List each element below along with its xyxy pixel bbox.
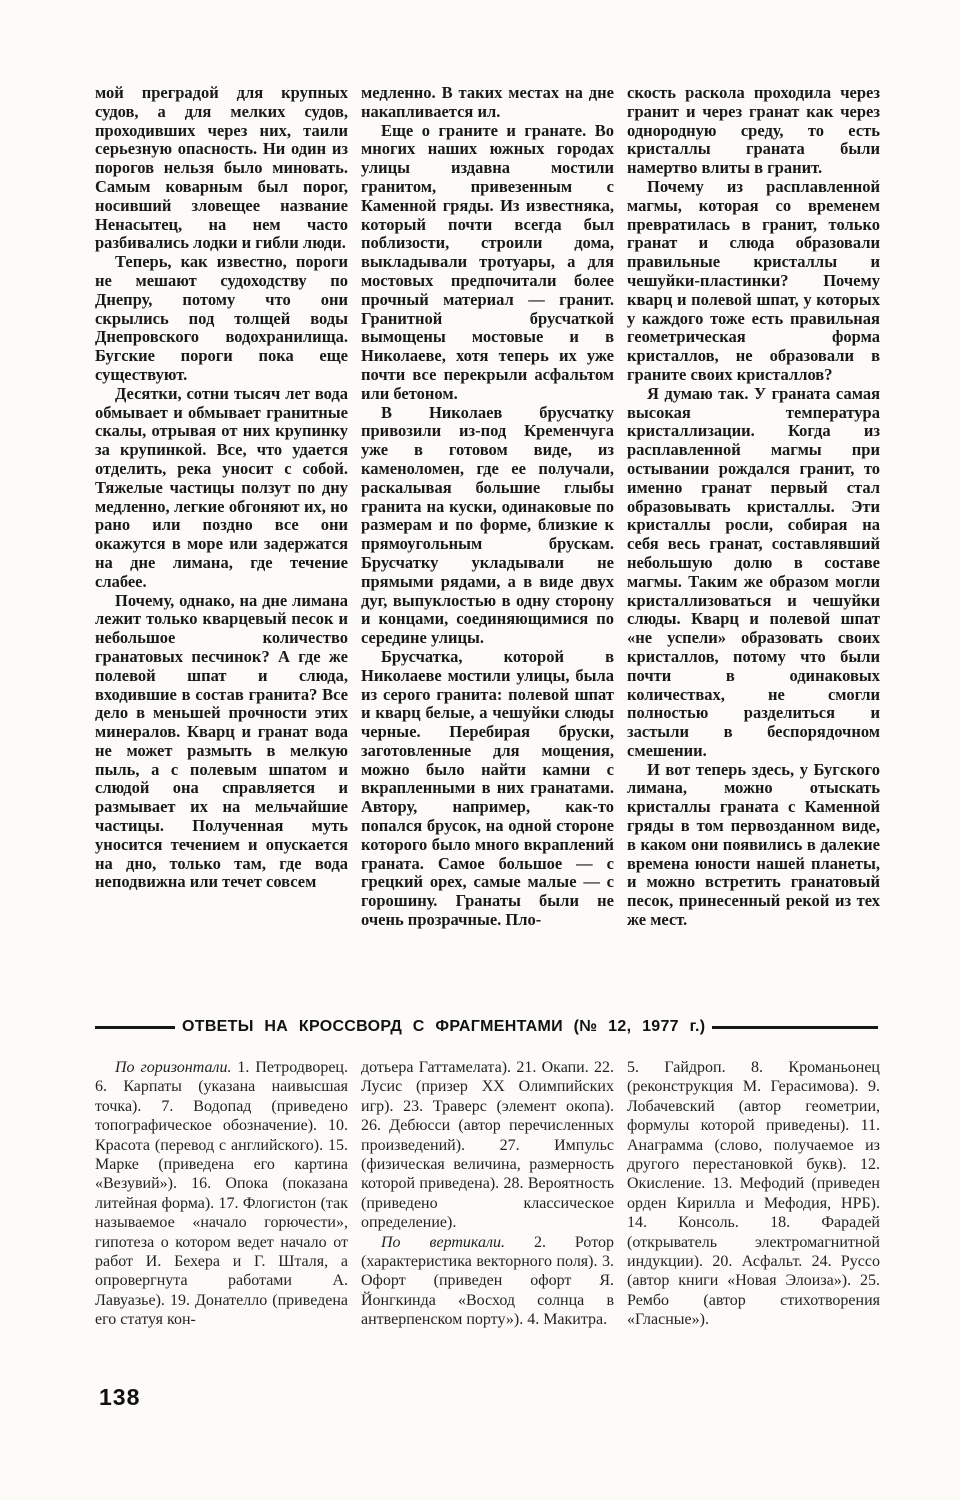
crossword-column-1: По горизонтали. 1. Петродворец. 6. Карпа… bbox=[95, 1058, 348, 1330]
paragraph: По вертикали. 2. Ротор (характеристика в… bbox=[361, 1233, 614, 1330]
paragraph: скость раскола проходила через гранит и … bbox=[627, 84, 880, 178]
crossword-header: ОТВЕТЫ НА КРОССВОРД С ФРАГМЕНТАМИ (№ 12,… bbox=[95, 1014, 878, 1040]
crossword-column-2: дотьера Гаттамелата). 21. Окапи. 22. Лус… bbox=[361, 1058, 614, 1330]
crossword-title: ОТВЕТЫ НА КРОССВОРД С ФРАГМЕНТАМИ (№ 12,… bbox=[182, 1018, 705, 1036]
paragraph-lead: По горизонтали. bbox=[115, 1059, 231, 1076]
crossword-column-3: 5. Гайдроп. 8. Кроманьонец (реконструкци… bbox=[627, 1058, 880, 1330]
page-number: 138 bbox=[99, 1384, 140, 1411]
header-rule-left bbox=[95, 1026, 175, 1029]
paragraph: Брусчатка, которой в Николаеве мостили у… bbox=[361, 648, 614, 930]
paragraph: Почему из расплавленной магмы, которая с… bbox=[627, 178, 880, 385]
paragraph: Еще о граните и гранате. Во многих наших… bbox=[361, 122, 614, 404]
crossword-answers-section: По горизонтали. 1. Петродворец. 6. Карпа… bbox=[95, 1058, 881, 1330]
paragraph: мой преградой для крупных судов, а для м… bbox=[95, 84, 348, 253]
paragraph: В Николаев брусчатку привозили из-под Кр… bbox=[361, 404, 614, 648]
article-section: мой преградой для крупных судов, а для м… bbox=[95, 84, 881, 930]
paragraph: По горизонтали. 1. Петродворец. 6. Карпа… bbox=[95, 1058, 348, 1330]
paragraph: медленно. В таких местах на дне накаплив… bbox=[361, 84, 614, 122]
article-column-2: медленно. В таких местах на дне накаплив… bbox=[361, 84, 614, 930]
paragraph-lead: По вертикали. bbox=[381, 1234, 505, 1251]
paragraph: 5. Гайдроп. 8. Кроманьонец (реконструкци… bbox=[627, 1058, 880, 1330]
article-column-3: скость раскола проходила через гранит и … bbox=[627, 84, 880, 930]
paragraph: Почему, однако, на дне лимана лежит толь… bbox=[95, 592, 348, 893]
paragraph: Я думаю так. У граната самая высокая тем… bbox=[627, 385, 880, 761]
paragraph: Десятки, сотни тысяч лет вода обмывает и… bbox=[95, 385, 348, 592]
paragraph: Теперь, как известно, пороги не мешают с… bbox=[95, 253, 348, 385]
magazine-page: мой преградой для крупных судов, а для м… bbox=[0, 0, 960, 1500]
paragraph: дотьера Гаттамелата). 21. Окапи. 22. Лус… bbox=[361, 1058, 614, 1233]
paragraph: И вот теперь здесь, у Бугского лимана, м… bbox=[627, 761, 880, 930]
article-column-1: мой преградой для крупных судов, а для м… bbox=[95, 84, 348, 930]
header-rule-right bbox=[712, 1026, 878, 1029]
